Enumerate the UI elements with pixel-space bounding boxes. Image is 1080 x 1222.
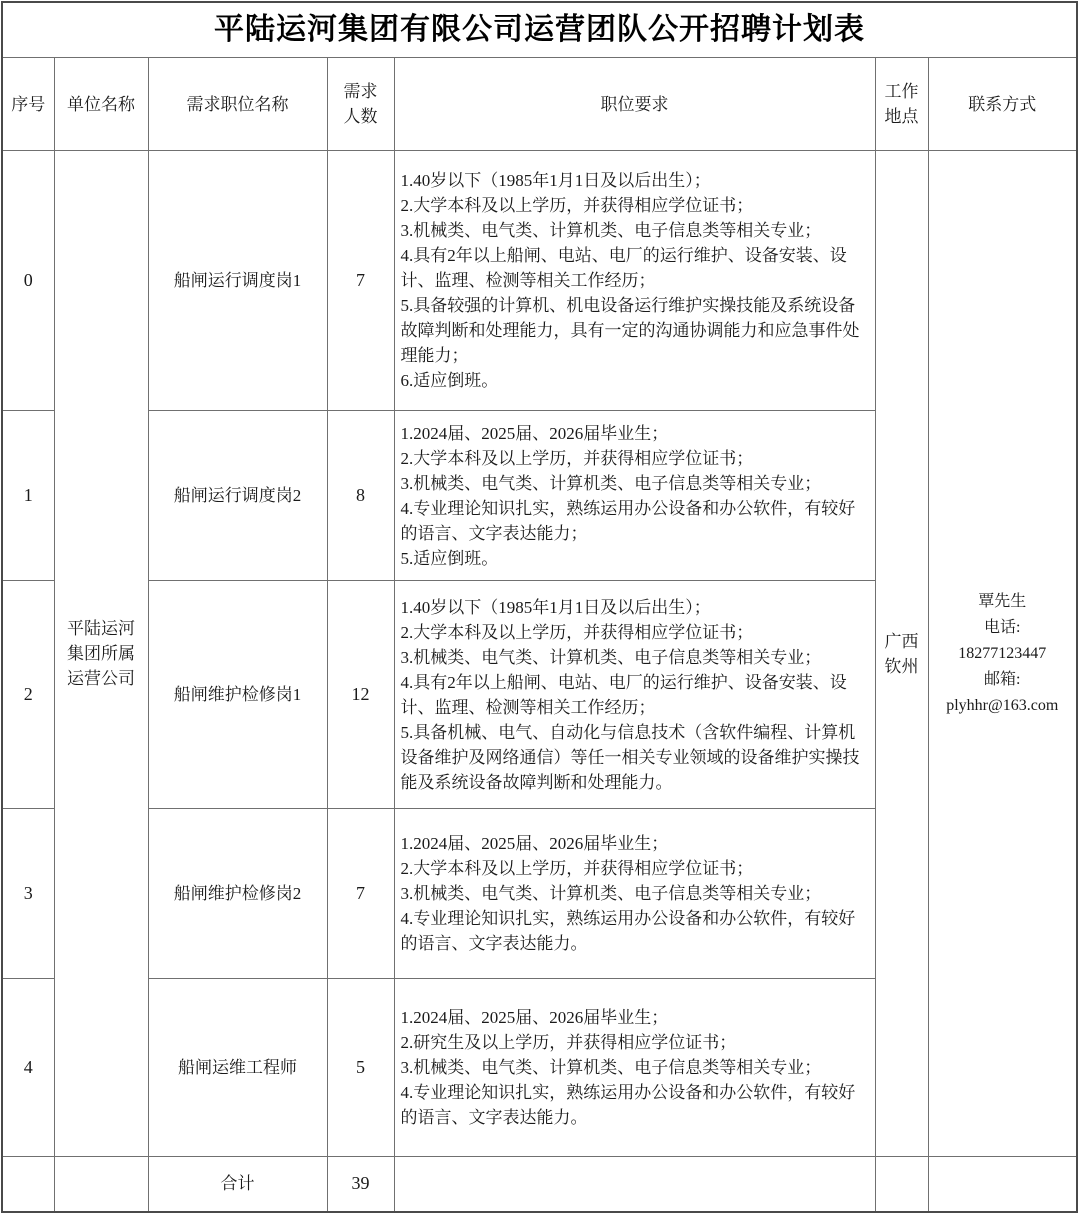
total-count: 39 — [327, 1157, 394, 1212]
cell-seq: 2 — [2, 581, 54, 809]
cell-count: 7 — [327, 151, 394, 411]
col-header-contact: 联系方式 — [928, 58, 1077, 151]
cell-seq: 4 — [2, 979, 54, 1157]
cell-position: 船闸运行调度岗2 — [148, 411, 327, 581]
cell-position: 船闸维护检修岗1 — [148, 581, 327, 809]
cell-requirements: 1.40岁以下（1985年1月1日及以后出生）； 2.大学本科及以上学历，并获得… — [394, 151, 875, 411]
cell-position: 船闸维护检修岗2 — [148, 809, 327, 979]
total-row: 合计 39 — [2, 1157, 1077, 1212]
cell-total-requirements-empty — [394, 1157, 875, 1212]
cell-seq: 1 — [2, 411, 54, 581]
cell-count: 5 — [327, 979, 394, 1157]
cell-seq: 3 — [2, 809, 54, 979]
total-label: 合计 — [148, 1157, 327, 1212]
cell-work-location-merged: 广西 钦州 — [875, 151, 928, 1157]
recruitment-plan-sheet: 平陆运河集团有限公司运营团队公开招聘计划表 序号 单位名称 需求职位名称 需求 … — [0, 0, 1080, 1222]
col-header-seq: 序号 — [2, 58, 54, 151]
title-row: 平陆运河集团有限公司运营团队公开招聘计划表 — [2, 2, 1077, 58]
col-header-position: 需求职位名称 — [148, 58, 327, 151]
cell-requirements: 1.2024届、2025届、2026届毕业生； 2.大学本科及以上学历，并获得相… — [394, 411, 875, 581]
cell-requirements: 1.40岁以下（1985年1月1日及以后出生）； 2.大学本科及以上学历，并获得… — [394, 581, 875, 809]
recruitment-plan-table: 平陆运河集团有限公司运营团队公开招聘计划表 序号 单位名称 需求职位名称 需求 … — [1, 1, 1078, 1213]
col-header-count: 需求 人数 — [327, 58, 394, 151]
col-header-unit: 单位名称 — [54, 58, 148, 151]
cell-requirements: 1.2024届、2025届、2026届毕业生； 2.研究生及以上学历，并获得相应… — [394, 979, 875, 1157]
table-row: 0 平陆运河 集团所属 运营公司 船闸运行调度岗1 7 1.40岁以下（1985… — [2, 151, 1077, 411]
col-header-location: 工作 地点 — [875, 58, 928, 151]
cell-unit-name-merged: 平陆运河 集团所属 运营公司 — [54, 151, 148, 1157]
cell-count: 7 — [327, 809, 394, 979]
cell-contact-merged: 覃先生 电话: 18277123447 邮箱: plyhhr@163.com — [928, 151, 1077, 1157]
cell-count: 8 — [327, 411, 394, 581]
cell-position: 船闸运行调度岗1 — [148, 151, 327, 411]
cell-seq: 0 — [2, 151, 54, 411]
cell-count: 12 — [327, 581, 394, 809]
header-row: 序号 单位名称 需求职位名称 需求 人数 职位要求 工作 地点 联系方式 — [2, 58, 1077, 151]
cell-total-contact-empty — [928, 1157, 1077, 1212]
col-header-requirements: 职位要求 — [394, 58, 875, 151]
cell-position: 船闸运维工程师 — [148, 979, 327, 1157]
page-title: 平陆运河集团有限公司运营团队公开招聘计划表 — [2, 2, 1077, 58]
cell-total-location-empty — [875, 1157, 928, 1212]
cell-total-seq-empty — [2, 1157, 54, 1212]
cell-requirements: 1.2024届、2025届、2026届毕业生； 2.大学本科及以上学历，并获得相… — [394, 809, 875, 979]
cell-total-unit-empty — [54, 1157, 148, 1212]
